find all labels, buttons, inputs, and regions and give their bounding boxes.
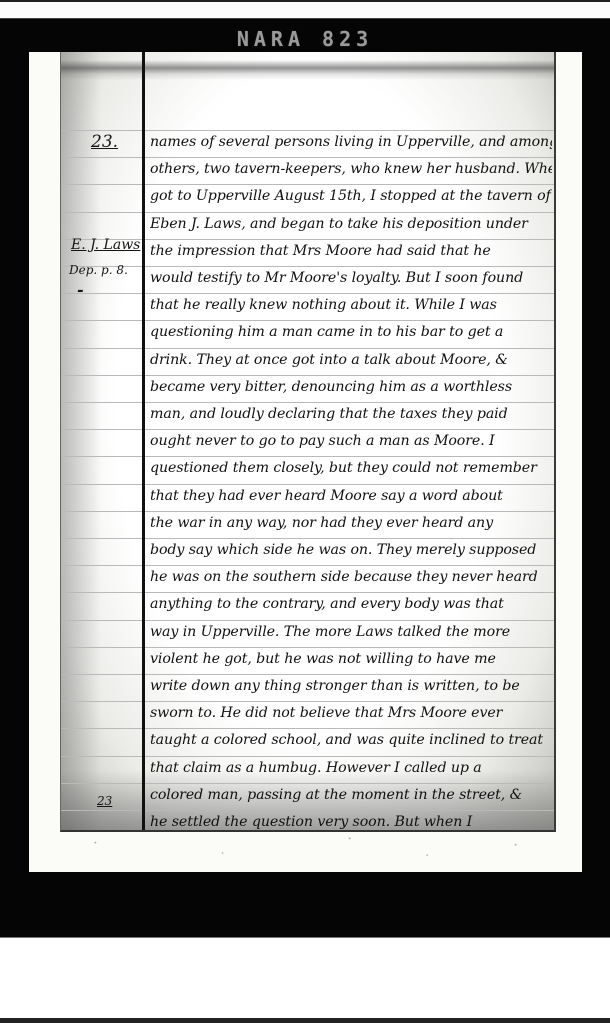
handwritten-line: he was on the southern side because they… (150, 569, 552, 585)
handwritten-line: that claim as a humbug. However I called… (150, 760, 552, 776)
margin-dash-mark: - (77, 280, 84, 299)
bottom-white-strip (0, 937, 610, 1019)
handwritten-line: body say which side he was on. They mere… (150, 542, 552, 558)
margin-page-number-bottom: 23 (97, 794, 112, 808)
margin-rule-line (142, 52, 145, 830)
paper-specks (29, 830, 582, 872)
bottom-edge-line (0, 1018, 610, 1023)
margin-name-reference: E. J. Laws (71, 237, 140, 253)
handwritten-line: Eben J. Laws, and began to take his depo… (150, 216, 552, 232)
handwritten-line: drink. They at once got into a talk abou… (150, 352, 552, 368)
handwritten-line: the war in any way, nor had they ever he… (150, 515, 552, 531)
handwritten-line: way in Upperville. The more Laws talked … (150, 624, 552, 640)
top-edge-line (0, 0, 610, 2)
handwritten-line: violent he got, but he was not willing t… (150, 651, 552, 667)
handwritten-line: that they had ever heard Moore say a wor… (150, 488, 552, 504)
margin-column: 23. E. J. Laws Dep. p. 8. - 23 (61, 52, 142, 830)
handwritten-line: ought never to go to pay such a man as M… (150, 433, 552, 449)
handwritten-line: became very bitter, denouncing him as a … (150, 379, 552, 395)
ledger-page: 23. E. J. Laws Dep. p. 8. - 23 names of … (60, 52, 556, 832)
scanned-paper-card: 23. E. J. Laws Dep. p. 8. - 23 names of … (29, 52, 582, 872)
top-white-strip (0, 0, 610, 19)
handwritten-line: colored man, passing at the moment in th… (150, 787, 552, 803)
handwritten-body: names of several persons living in Upper… (150, 52, 550, 830)
handwritten-line: he settled the question very soon. But w… (150, 814, 552, 830)
handwritten-line: sworn to. He did not believe that Mrs Mo… (150, 705, 552, 721)
handwritten-line: questioning him a man came in to his bar… (150, 324, 552, 340)
handwritten-line: got to Upperville August 15th, I stopped… (150, 188, 552, 204)
handwritten-line: questioned them closely, but they could … (150, 460, 552, 476)
handwritten-line: taught a colored school, and was quite i… (150, 732, 552, 748)
archive-frame-label: NARA 823 (0, 27, 610, 51)
handwritten-line: would testify to Mr Moore's loyalty. But… (150, 270, 552, 286)
handwritten-line: man, and loudly declaring that the taxes… (150, 406, 552, 422)
handwritten-line: anything to the contrary, and every body… (150, 596, 552, 612)
handwritten-line: write down any thing stronger than is wr… (150, 678, 552, 694)
margin-deposition-reference: Dep. p. 8. (69, 263, 128, 277)
handwritten-line: that he really knew nothing about it. Wh… (150, 297, 552, 313)
margin-page-number-top: 23. (91, 132, 118, 152)
handwritten-line: names of several persons living in Upper… (150, 134, 552, 150)
handwritten-line: others, two tavern-keepers, who knew her… (150, 161, 552, 177)
handwritten-line: the impression that Mrs Moore had said t… (150, 243, 552, 259)
